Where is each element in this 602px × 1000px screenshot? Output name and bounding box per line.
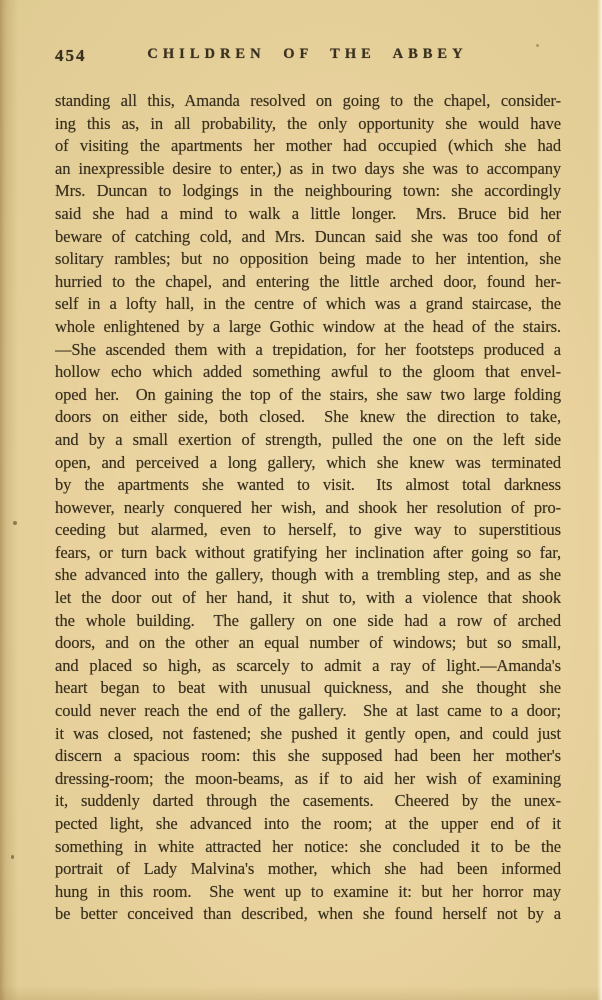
text-line: portrait of Lady Malvina's mother, which… xyxy=(55,858,561,881)
text-line: however, nearly conquered her wish, and … xyxy=(55,497,561,520)
text-line: and by a small exertion of strength, pul… xyxy=(55,429,561,452)
text-line: doors on either side, both closed. She k… xyxy=(55,406,561,429)
paper-speck xyxy=(536,44,539,47)
text-line: it, suddenly darted through the casement… xyxy=(55,790,561,813)
text-line: doors, and on the other an equal number … xyxy=(55,632,561,655)
text-line: discern a spacious room: this she suppos… xyxy=(55,745,561,768)
paper-speck xyxy=(13,521,17,525)
text-line: could never reach the end of the gallery… xyxy=(55,700,561,723)
text-line: solitary rambles; but no opposition bein… xyxy=(55,248,561,271)
text-line: —She ascended them with a trepidation, f… xyxy=(55,339,561,362)
text-line: of visiting the apartments her mother ha… xyxy=(55,135,561,158)
text-line: oped her. On gaining the top of the stai… xyxy=(55,384,561,407)
text-line: dressing-room; the moon-beams, as if to … xyxy=(55,768,561,791)
text-line: self in a lofty hall, in the centre of w… xyxy=(55,293,561,316)
text-line: whole enlightened by a large Gothic wind… xyxy=(55,316,561,339)
text-line: it was closed, not fastened; she pushed … xyxy=(55,723,561,746)
text-line: heart began to beat with unusual quickne… xyxy=(55,677,561,700)
text-line: ing this as, in all probability, the onl… xyxy=(55,113,561,136)
text-line: pected light, she advanced into the room… xyxy=(55,813,561,836)
text-line: be better conceived than described, when… xyxy=(55,903,561,926)
text-line: open, and perceived a long gallery, whic… xyxy=(55,452,561,475)
text-line: said she had a mind to walk a little lon… xyxy=(55,203,561,226)
running-title: CHILDREN OF THE ABBEY xyxy=(55,46,560,63)
body-text: standing all this, Amanda resolved on go… xyxy=(55,90,561,926)
text-line: she advanced into the gallery, though wi… xyxy=(55,564,561,587)
text-line: an inexpressible desire to enter,) as in… xyxy=(55,158,561,181)
text-line: beware of catching cold, and Mrs. Duncan… xyxy=(55,226,561,249)
page-header: 454 CHILDREN OF THE ABBEY xyxy=(55,46,560,66)
text-line: ceeding but alarmed, even to herself, to… xyxy=(55,519,561,542)
text-line: fears, or turn back without gratifying h… xyxy=(55,542,561,565)
text-line: standing all this, Amanda resolved on go… xyxy=(55,90,561,113)
text-line: hollow echo which added something awful … xyxy=(55,361,561,384)
text-line: something in white attracted her notice:… xyxy=(55,836,561,859)
text-line: Mrs. Duncan to lodgings in the neighbour… xyxy=(55,180,561,203)
text-line: and placed so high, as scarcely to admit… xyxy=(55,655,561,678)
paper-speck xyxy=(11,855,14,859)
text-line: hung in this room. She went up to examin… xyxy=(55,881,561,904)
text-line: the whole building. The gallery on one s… xyxy=(55,610,561,633)
text-line: let the door out of her hand, it shut to… xyxy=(55,587,561,610)
book-page: 454 CHILDREN OF THE ABBEY standing all t… xyxy=(0,0,602,1000)
text-line: hurried to the chapel, and entering the … xyxy=(55,271,561,294)
page-number: 454 xyxy=(55,46,87,66)
text-line: by the apartments she wanted to visit. I… xyxy=(55,474,561,497)
